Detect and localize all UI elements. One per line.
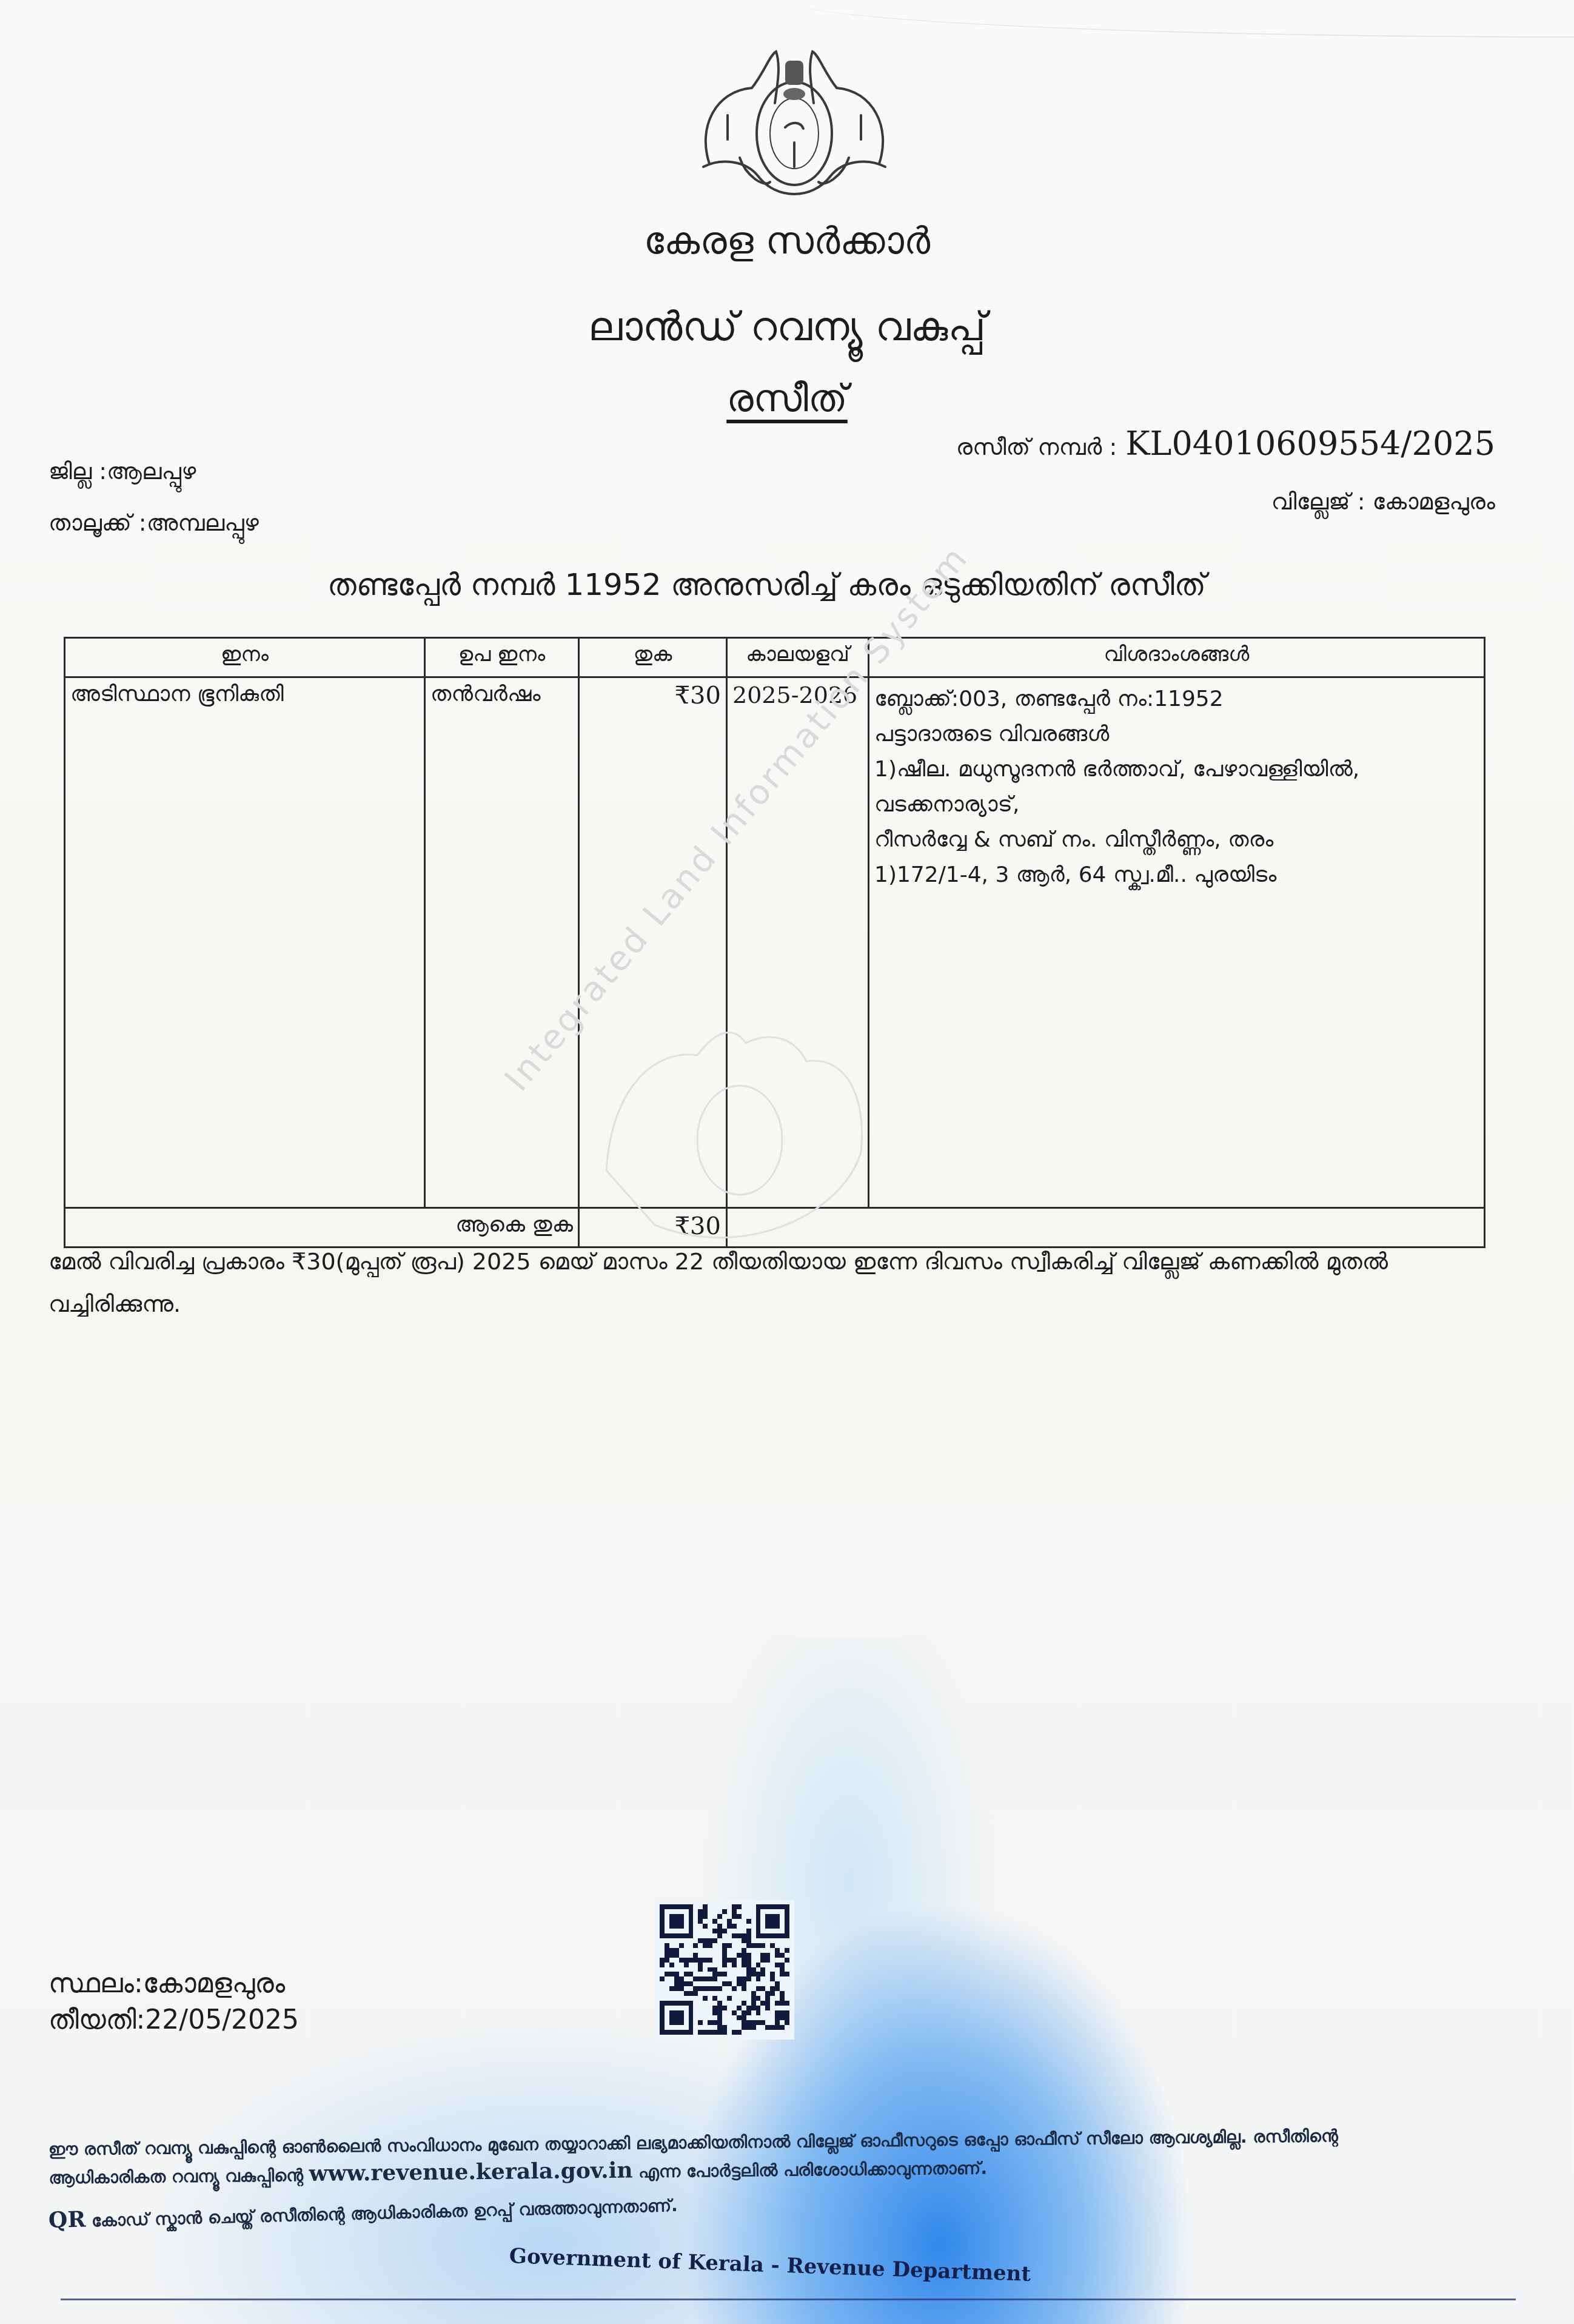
receipt-number-label: രസീത് നമ്പർ : (956, 434, 1117, 461)
details-survey-value: 1)172/1-4, 3 ആർ, 64 സ്ക്വ.മീ.. പുരയിടം (874, 858, 1479, 893)
place-label: സ്ഥലം (49, 1968, 134, 1999)
place-value: കോമളപുരം (143, 1968, 285, 1999)
cell-details: ബ്ലോക്ക്:003, തണ്ടപ്പേർ നം:11952 പട്ടാദാ… (869, 677, 1485, 1208)
footer-divider (61, 2299, 1516, 2300)
table-header-row: ഇനം ഉപ ഇനം തുക കാലയളവ് വിശദാംശങ്ങൾ (65, 638, 1485, 677)
taluk-value: അമ്പലപ്പുഴ (147, 509, 259, 536)
qr-code-icon[interactable] (655, 1898, 794, 2041)
paper-fold (788, 0, 1574, 38)
receipt-page: കേരള സർക്കാർ ലാൻഡ് റവന്യൂ വകുപ്പ് രസീത് … (0, 0, 1574, 2324)
header-amount: തുക (579, 638, 727, 677)
place-row: സ്ഥലം:കോമളപുരം (49, 1968, 285, 1999)
village-value: കോമളപുരം (1373, 488, 1495, 515)
cell-item: അടിസ്ഥാന ഭൂനികുതി (65, 677, 425, 1208)
details-block: ബ്ലോക്ക്:003, തണ്ടപ്പേർ നം:11952 (874, 682, 1479, 717)
taluk-label: താലൂക്ക് (49, 509, 132, 536)
document-title: രസീത് (0, 376, 1574, 421)
district-row: ജില്ല :ആലപ്പുഴ (49, 458, 196, 485)
acknowledgement-text: മേൽ വിവരിച്ച പ്രകാരം ₹30(മുപ്പത് രൂപ) 20… (49, 1240, 1492, 1325)
revenue-portal-link[interactable]: www.revenue.kerala.gov.in (309, 2157, 632, 2186)
details-survey-heading: റീസർവ്വേ & സബ് നം. വിസ്തീർണ്ണം, തരം (874, 822, 1479, 858)
village-label: വില്ലേജ് (1271, 488, 1350, 515)
receipt-number-value: KL04010609554/2025 (1125, 425, 1495, 463)
details-owner-address: വടക്കനാര്യാട്, (874, 787, 1479, 822)
receipt-number-row: രസീത് നമ്പർ : KL04010609554/2025 (956, 425, 1495, 463)
department-title: ലാൻഡ് റവന്യൂ വകുപ്പ് (0, 303, 1574, 351)
details-pattadar-heading: പട്ടാദാരുടെ വിവരങ്ങൾ (874, 717, 1479, 752)
date-value: 22/05/2025 (145, 2004, 299, 2035)
qr-note-text: കോഡ് സ്കാൻ ചെയ്ത് രസീതിന്റെ ആധികാരികത ഉറ… (92, 2195, 678, 2231)
header-item: ഇനം (65, 638, 425, 677)
government-title: കേരള സർക്കാർ (0, 218, 1574, 263)
district-label: ജില്ല (49, 458, 92, 485)
header-details: വിശദാംശങ്ങൾ (869, 638, 1485, 677)
district-value: ആലപ്പുഴ (107, 458, 196, 485)
receipt-subtitle: തണ്ടപ്പേർ നമ്പർ 11952 അനുസരിച്ച് കരം ഒടു… (327, 567, 1206, 603)
government-footer: Government of Kerala - Revenue Departmen… (509, 2244, 1031, 2286)
verification-note-suffix: എന്ന പോർട്ടലിൽ പരിശോധിക്കാവുന്നതാണ്. (638, 2158, 987, 2181)
details-owner: 1)ഷീല. മധുസൂദനൻ ഭർത്താവ്, പേഴാവള്ളിയിൽ, (874, 752, 1479, 787)
village-row: വില്ലേജ് : കോമളപുരം (1271, 488, 1495, 516)
qr-note-prefix: QR (48, 2206, 85, 2233)
tax-receipt-table: ഇനം ഉപ ഇനം തുക കാലയളവ് വിശദാംശങ്ങൾ അടിസ്… (64, 637, 1485, 1248)
date-row: തീയതി:22/05/2025 (49, 2004, 299, 2035)
kerala-emblem-icon (673, 36, 916, 212)
qr-scan-note: QR കോഡ് സ്കാൻ ചെയ്ത് രസീതിന്റെ ആധികാരികത… (48, 2191, 678, 2233)
date-label: തീയതി (49, 2004, 136, 2035)
header-sub-item: ഉപ ഇനം (425, 638, 579, 677)
verification-note-prefix: ആധികാരികത റവന്യൂ വകുപ്പിന്റെ (49, 2165, 303, 2188)
verification-note: ഈ രസീത് റവന്യൂ വകുപ്പിന്റെ ഓൺലൈൻ സംവിധാന… (49, 2121, 1504, 2191)
cell-sub-item: തൻവർഷം (425, 677, 579, 1208)
taluk-row: താലൂക്ക് :അമ്പലപ്പുഴ (49, 509, 259, 537)
